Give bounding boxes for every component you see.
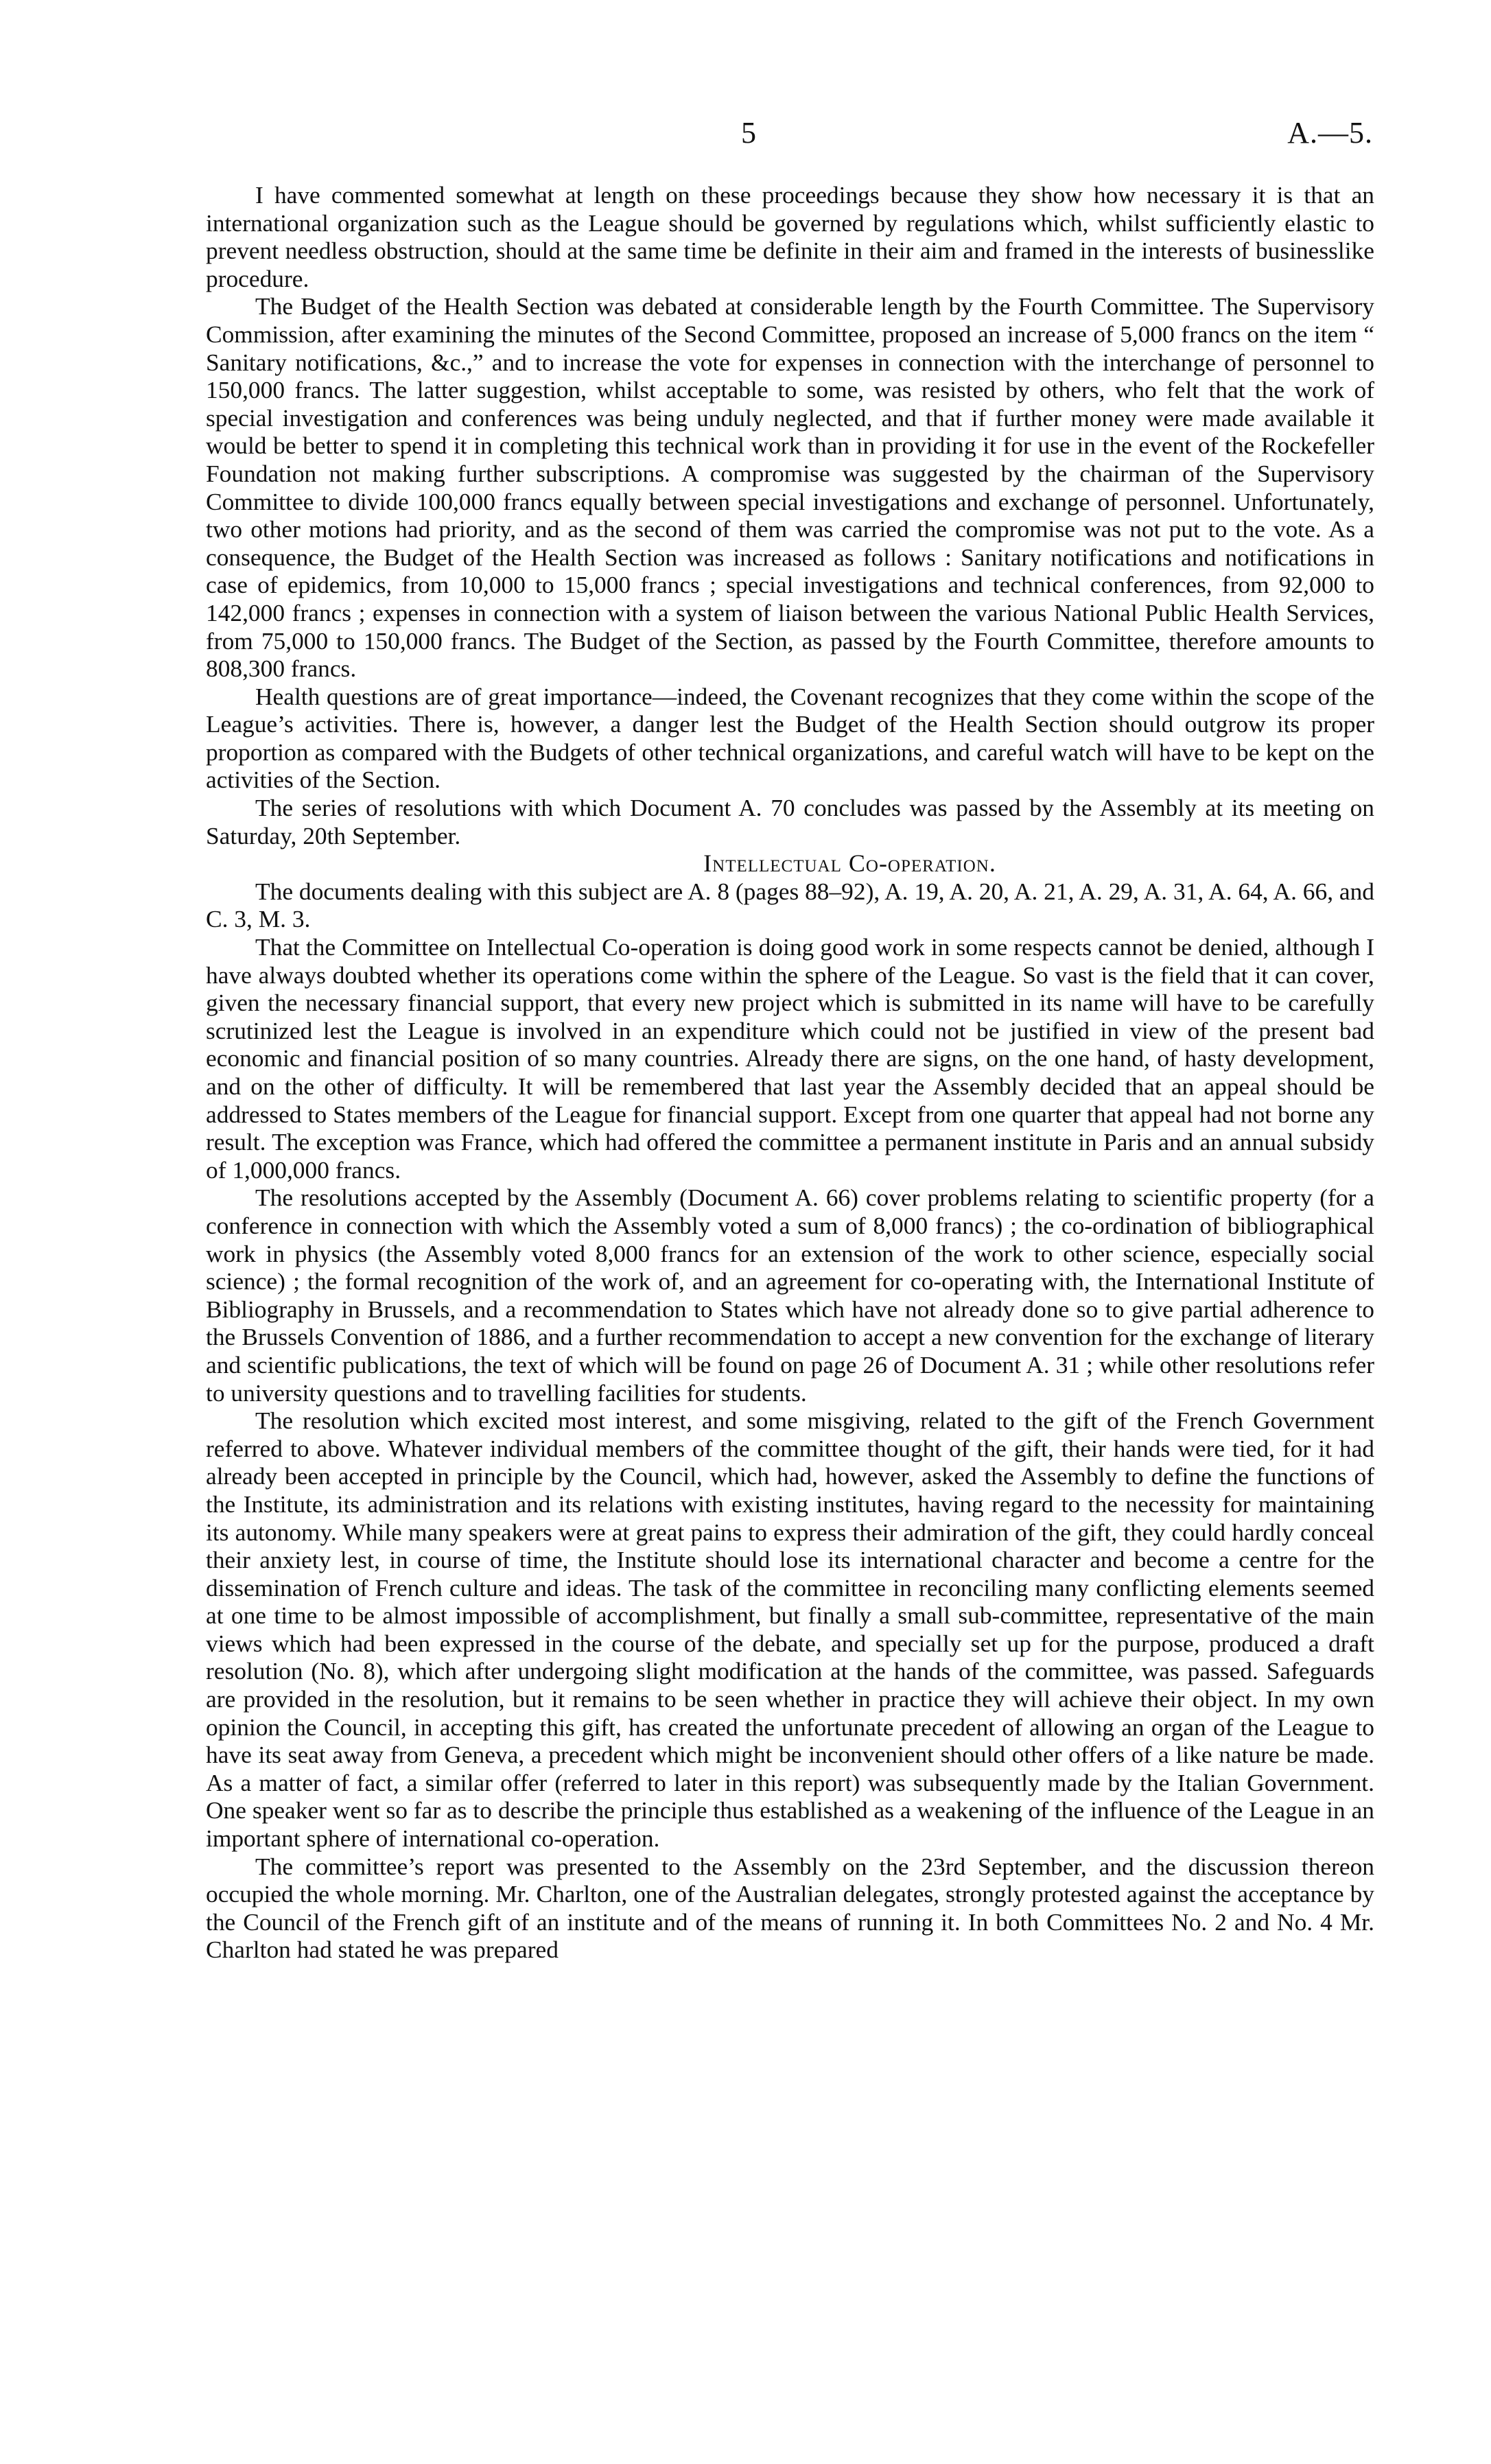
section-heading-text: Intellectual Co-operation. [654, 849, 996, 878]
document-reference: A.—5. [1287, 115, 1373, 150]
page-number: 5 [741, 115, 756, 150]
paragraph-french-gift: The resolution which excited most intere… [206, 1407, 1374, 1853]
page-header: 5 A.—5. [0, 115, 1491, 156]
section-heading-intellectual-cooperation: Intellectual Co-operation. [206, 849, 1374, 878]
paragraph-resolutions-a70: The series of resolutions with which Doc… [206, 794, 1374, 849]
paragraph-commented-proceedings: I have commented somewhat at length on t… [206, 181, 1374, 292]
document-body: I have commented somewhat at length on t… [206, 181, 1374, 1964]
paragraph-health-budget: The Budget of the Health Section was deb… [206, 292, 1374, 682]
paragraph-documents-list: The documents dealing with this subject … [206, 878, 1374, 933]
paragraph-resolutions-a66: The resolutions accepted by the Assembly… [206, 1184, 1374, 1407]
paragraph-committee-report: The committee’s report was presented to … [206, 1853, 1374, 1964]
paragraph-health-questions: Health questions are of great importance… [206, 683, 1374, 794]
paragraph-committee-good-work: That the Committee on Intellectual Co-op… [206, 933, 1374, 1184]
